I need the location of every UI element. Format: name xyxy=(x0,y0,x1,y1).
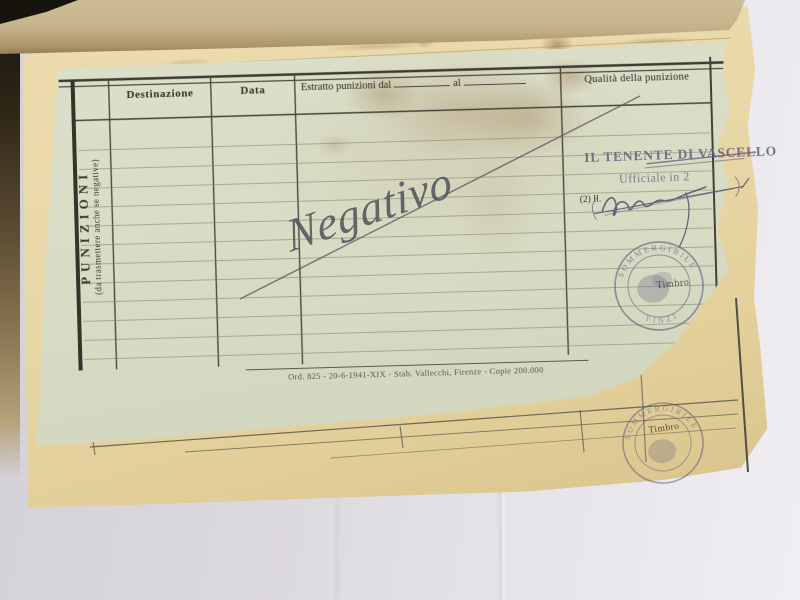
stamp-rim-text-bottom: FINZI xyxy=(644,310,681,326)
ink-annotations: Negativo IL TENENTE DI VASCELLO Ufficial… xyxy=(0,0,800,600)
stamp-rim-text-top: SOMMERGIBILE xyxy=(613,239,699,279)
handwritten-signature xyxy=(593,178,751,249)
svg-text:SOMMERGIBILE: SOMMERGIBILE xyxy=(613,239,699,279)
printed-footnote-il: (2) Il. xyxy=(580,193,602,205)
officer-stamp-line1: IL TENENTE DI VASCELLO xyxy=(584,143,777,165)
handwritten-negativo: Negativo xyxy=(281,155,456,262)
svg-text:FINZI: FINZI xyxy=(644,310,681,326)
officer-stamp-block: IL TENENTE DI VASCELLO Ufficiale in 2 (2… xyxy=(578,143,780,250)
round-stamp-green-form: SOMMERGIBILE FINZI Timbro xyxy=(611,238,708,335)
timbro-label-green-form: Timbro xyxy=(656,277,690,291)
officer-stamp-line2: Ufficiale in 2 xyxy=(619,169,690,185)
photo-of-punishment-form: SOMMERGIBILE Timbro xyxy=(0,0,800,600)
